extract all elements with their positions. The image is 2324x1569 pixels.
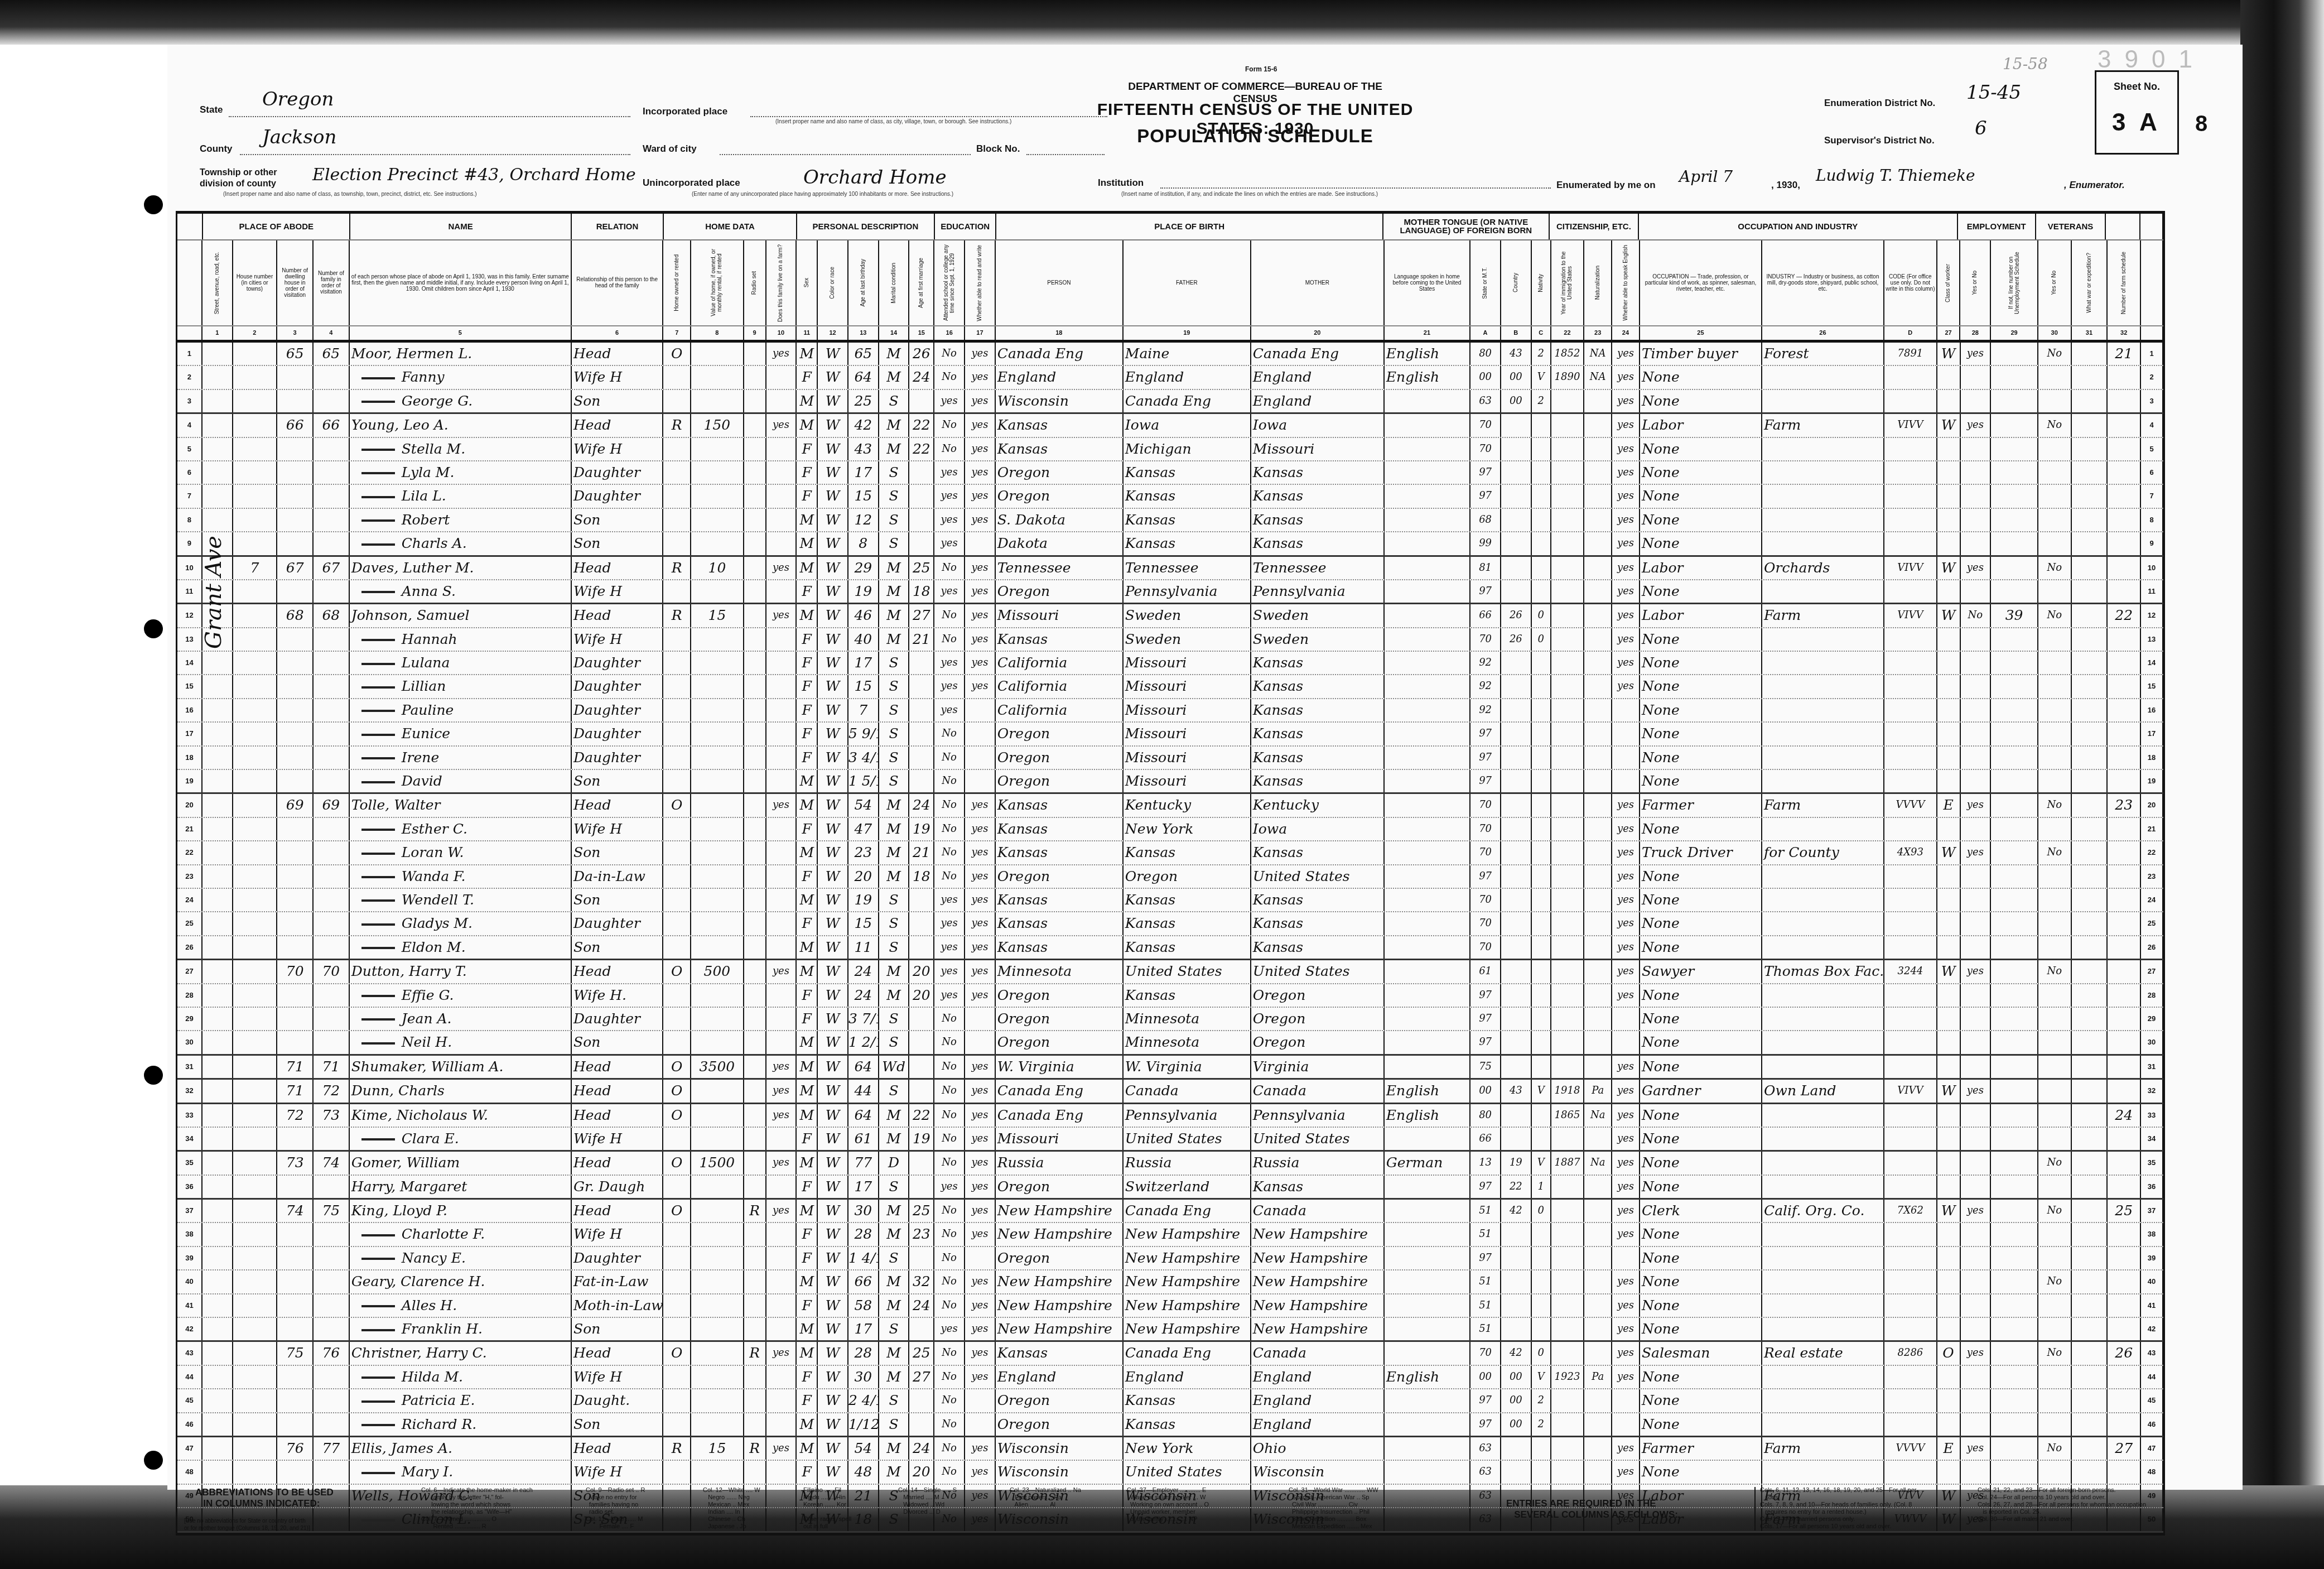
cell-naturalization — [1584, 723, 1612, 745]
cell-occupation: None — [1640, 1413, 1762, 1436]
cell-war — [2072, 485, 2108, 507]
cell-birth-father: Missouri — [1124, 652, 1251, 674]
cell-farm-sched — [2108, 485, 2141, 507]
cell-name: Wanda F. — [350, 865, 572, 888]
cell-relation: Head — [572, 1080, 663, 1102]
cell-age: 66 — [848, 1270, 879, 1293]
cell-speak-english — [1612, 1389, 1640, 1412]
cell-war — [2072, 1008, 2108, 1030]
state-label: State — [200, 104, 223, 115]
cell-war — [2072, 747, 2108, 769]
cell-employed — [1961, 1223, 1992, 1245]
cell-employed — [1961, 1152, 1992, 1174]
cell-read-write: yes — [965, 485, 996, 507]
cell-immig-year — [1551, 865, 1585, 888]
scan-border-left — [0, 0, 167, 1569]
line-number: 35 — [177, 1152, 202, 1174]
cell-age-married: 20 — [909, 1461, 934, 1483]
column-header-text: Value of home, if owned, or monthly rent… — [711, 243, 723, 323]
cell-unemp-line — [1991, 841, 2038, 864]
column-number: 30 — [2038, 326, 2072, 340]
cell-street — [202, 1270, 233, 1293]
surname: Daves — [351, 560, 394, 576]
cell-tongue — [1385, 1318, 1470, 1340]
cell-house — [233, 1200, 278, 1222]
cell-code-c — [1532, 532, 1551, 555]
cell-farm — [766, 818, 797, 840]
cell-tongue — [1385, 604, 1470, 627]
cell-tongue — [1385, 960, 1470, 983]
cell-read-write — [965, 1389, 996, 1412]
cell-family: 67 — [314, 557, 350, 579]
cell-school: No — [934, 794, 965, 816]
cell-marital: S — [879, 1318, 910, 1340]
table-row: 477677Ellis, James A.HeadR15RyesMW54M24N… — [177, 1437, 2163, 1461]
cell-tongue — [1385, 1342, 1470, 1364]
cell-occupation: None — [1640, 675, 1762, 697]
cell-code-b — [1501, 414, 1532, 436]
cell-family — [314, 1318, 350, 1340]
cell-naturalization — [1584, 818, 1612, 840]
cell-age-married — [909, 1008, 934, 1030]
cell-family: 71 — [314, 1056, 350, 1078]
cell-code — [1884, 747, 1937, 769]
cell-tongue — [1385, 699, 1470, 721]
cell-code-b — [1501, 912, 1532, 935]
cell-dwelling — [277, 1176, 314, 1198]
cell-house — [233, 865, 278, 888]
cell-house — [233, 1437, 278, 1460]
township-note: (Insert proper name and also name of cla… — [223, 191, 477, 198]
line-number: 45 — [177, 1389, 202, 1412]
cell-war — [2072, 532, 2108, 555]
cell-code-a: 92 — [1470, 652, 1501, 674]
cell-dwelling — [277, 628, 314, 651]
cell-farm-sched — [2108, 1461, 2141, 1483]
cell-tongue — [1385, 509, 1470, 531]
cell-race: W — [818, 1318, 848, 1340]
cell-war — [2072, 699, 2108, 721]
cell-war — [2072, 1128, 2108, 1150]
abbrev-col12: Col. 12—White .... W Negro ...... Neg Me… — [703, 1487, 760, 1531]
cell-street — [202, 865, 233, 888]
column-header-text: PERSON — [1047, 280, 1071, 286]
cell-code-c — [1532, 1247, 1551, 1269]
cell-tenure — [663, 438, 691, 460]
cell-unemp-line — [1991, 557, 2038, 579]
column-number: 5 — [350, 326, 572, 340]
abbrev-col23: Col. 23—Naturalized .. Na First papers .… — [1010, 1487, 1081, 1509]
cell-code-c: 0 — [1532, 1200, 1551, 1222]
cell-race: W — [818, 1056, 848, 1078]
cell-farm-sched — [2108, 889, 2141, 911]
cell-tongue — [1385, 1176, 1470, 1198]
cell-speak-english: yes — [1612, 865, 1640, 888]
column-header-farm-sched: Number of farm schedule — [2108, 240, 2141, 325]
cell-code — [1884, 1389, 1937, 1412]
column-header-text: Whether able to speak English — [1623, 245, 1629, 321]
cell-industry — [1762, 390, 1884, 412]
cell-employed — [1961, 1318, 1992, 1340]
cell-birth-mother: Pennsylvania — [1251, 1104, 1385, 1127]
cell-code-c — [1532, 936, 1551, 959]
cell-street — [202, 1437, 233, 1460]
line-number: 22 — [2141, 841, 2163, 864]
cell-street — [202, 936, 233, 959]
cell-code-a: 51 — [1470, 1318, 1501, 1340]
cell-industry — [1762, 699, 1884, 721]
street-name-vertical: Grant Ave — [201, 536, 226, 649]
column-number — [2141, 326, 2163, 340]
cell-school: No — [934, 1437, 965, 1460]
cell-code — [1884, 580, 1937, 603]
cell-street — [202, 1223, 233, 1245]
cell-naturalization — [1584, 675, 1612, 697]
cell-speak-english: yes — [1612, 1056, 1640, 1078]
cell-employed — [1961, 1031, 1992, 1053]
cell-farm — [766, 723, 797, 745]
cell-occupation: None — [1640, 1389, 1762, 1412]
group-header: CITIZENSHIP, ETC. — [1550, 214, 1639, 239]
given-name: Hannah — [402, 631, 457, 647]
column-header-code-c: Nativity — [1532, 240, 1551, 325]
group-header — [177, 214, 203, 239]
cell-code — [1884, 1223, 1937, 1245]
cell-value: 1500 — [691, 1152, 744, 1174]
cell-read-write: yes — [965, 1318, 996, 1340]
cell-house — [233, 984, 278, 1007]
cell-class-worker — [1937, 580, 1961, 603]
cell-birth-father: Tennessee — [1124, 557, 1251, 579]
cell-family: 73 — [314, 1104, 350, 1127]
cell-tongue — [1385, 889, 1470, 911]
cell-birth-person: Canada Eng — [996, 1104, 1124, 1127]
cell-value — [691, 1104, 744, 1127]
cell-relation: Son — [572, 1318, 663, 1340]
cell-birth-person: New Hampshire — [996, 1223, 1124, 1245]
cell-house — [233, 1294, 278, 1317]
cell-code-c: 2 — [1532, 390, 1551, 412]
cell-code-c — [1532, 770, 1551, 792]
cell-birth-father: Kansas — [1124, 485, 1251, 507]
cell-age: 1/12 — [848, 1413, 879, 1436]
cell-marital: M — [879, 628, 910, 651]
line-number: 46 — [2141, 1413, 2163, 1436]
given-name: Eunice — [402, 725, 450, 742]
cell-birth-mother: Kansas — [1251, 889, 1385, 911]
cell-street — [202, 1104, 233, 1127]
cell-race: W — [818, 1366, 848, 1388]
cell-house — [233, 414, 278, 436]
line-number: 36 — [2141, 1176, 2163, 1198]
column-header-value: Value of home, if owned, or monthly rent… — [691, 240, 744, 325]
cell-immig-year — [1551, 699, 1585, 721]
cell-tenure — [663, 652, 691, 674]
cell-class-worker — [1937, 936, 1961, 959]
cell-sex: F — [797, 818, 818, 840]
cell-industry — [1762, 366, 1884, 388]
cell-marital: S — [879, 912, 910, 935]
cell-value — [691, 936, 744, 959]
column-header-relation: Relationship of this person to the head … — [572, 240, 663, 325]
cell-value — [691, 747, 744, 769]
cell-speak-english — [1612, 723, 1640, 745]
cell-dwelling: 72 — [277, 1104, 314, 1127]
cell-immig-year — [1551, 604, 1585, 627]
cell-birth-person: New Hampshire — [996, 1318, 1124, 1340]
column-header-text: Year of immigration to the United States — [1561, 243, 1573, 323]
cell-family: 72 — [314, 1080, 350, 1102]
cell-veteran — [2038, 675, 2072, 697]
cell-naturalization — [1584, 984, 1612, 1007]
cell-class-worker — [1937, 532, 1961, 555]
cell-class-worker: W — [1937, 960, 1961, 983]
cell-age: 28 — [848, 1342, 879, 1364]
cell-tenure: R — [663, 414, 691, 436]
cell-marital: M — [879, 1342, 910, 1364]
cell-occupation: Farmer — [1640, 1437, 1762, 1460]
cell-birth-person: Oregon — [996, 1176, 1124, 1198]
cell-birth-father: United States — [1124, 1461, 1251, 1483]
cell-speak-english: yes — [1612, 889, 1640, 911]
cell-radio — [744, 1270, 766, 1293]
line-number: 10 — [177, 557, 202, 579]
cell-radio — [744, 461, 766, 484]
column-number: 16 — [934, 326, 965, 340]
cell-birth-person: California — [996, 675, 1124, 697]
cell-age: 5 9/12 — [848, 723, 879, 745]
cell-farm-sched — [2108, 912, 2141, 935]
cell-value — [691, 984, 744, 1007]
cell-tenure — [663, 485, 691, 507]
cell-birth-person: Oregon — [996, 1031, 1124, 1053]
cell-race: W — [818, 485, 848, 507]
cell-radio — [744, 1223, 766, 1245]
cell-farm — [766, 1247, 797, 1269]
cell-read-write: yes — [965, 960, 996, 983]
cell-age-married — [909, 1413, 934, 1436]
cell-dwelling: 69 — [277, 794, 314, 816]
cell-farm-sched — [2108, 1366, 2141, 1388]
cell-naturalization — [1584, 936, 1612, 959]
cell-sex: F — [797, 723, 818, 745]
cell-occupation: None — [1640, 1152, 1762, 1174]
cell-immig-year — [1551, 1031, 1585, 1053]
cell-race: W — [818, 509, 848, 531]
cell-dwelling: 71 — [277, 1056, 314, 1078]
cell-read-write: yes — [965, 509, 996, 531]
cell-birth-person: Oregon — [996, 865, 1124, 888]
cell-house — [233, 1176, 278, 1198]
given-name: Charls A. — [402, 535, 467, 551]
table-row: 26Eldon M.SonMW11SyesyesKansasKansasKans… — [177, 936, 2163, 960]
cell-immig-year — [1551, 461, 1585, 484]
surname: Young — [351, 417, 395, 433]
cell-code-b — [1501, 438, 1532, 460]
cell-code-a: 97 — [1470, 1031, 1501, 1053]
ditto-dash — [361, 543, 395, 546]
column-number: 9 — [744, 326, 766, 340]
cell-code-a: 97 — [1470, 1389, 1501, 1412]
cell-race: W — [818, 984, 848, 1007]
cell-naturalization: Pa — [1584, 1080, 1612, 1102]
cell-farm-sched — [2108, 1413, 2141, 1436]
cell-house — [233, 1389, 278, 1412]
column-number: 19 — [1124, 326, 1251, 340]
cell-birth-mother: England — [1251, 1389, 1385, 1412]
column-header-text: Country — [1513, 273, 1519, 292]
cell-marital: M — [879, 580, 910, 603]
cell-occupation: None — [1640, 1223, 1762, 1245]
cell-unemp-line — [1991, 1008, 2038, 1030]
cell-house — [233, 1342, 278, 1364]
cell-speak-english: yes — [1612, 390, 1640, 412]
cell-code-b — [1501, 1056, 1532, 1078]
cell-employed: yes — [1961, 841, 1992, 864]
cell-occupation: Farmer — [1640, 794, 1762, 816]
cell-age: 46 — [848, 604, 879, 627]
given-name: Gladys M. — [402, 915, 472, 931]
cell-immig-year — [1551, 628, 1585, 651]
cell-war — [2072, 936, 2108, 959]
cell-unemp-line — [1991, 1461, 2038, 1483]
cell-unemp-line — [1991, 438, 2038, 460]
line-number: 3 — [177, 390, 202, 412]
line-number: 34 — [177, 1128, 202, 1150]
cell-immig-year — [1551, 652, 1585, 674]
cell-marital: S — [879, 1080, 910, 1102]
cell-naturalization — [1584, 1318, 1612, 1340]
line-number: 29 — [177, 1008, 202, 1030]
cell-value — [691, 912, 744, 935]
cell-school: No — [934, 1200, 965, 1222]
cell-marital: S — [879, 699, 910, 721]
cell-read-write — [965, 532, 996, 555]
cell-read-write: yes — [965, 1270, 996, 1293]
cell-school: No — [934, 1461, 965, 1483]
cell-unemp-line — [1991, 1366, 2038, 1388]
cell-marital: M — [879, 1461, 910, 1483]
cell-name: Alles H. — [350, 1294, 572, 1317]
cell-birth-person: Wisconsin — [996, 1461, 1124, 1483]
cell-marital: M — [879, 1200, 910, 1222]
table-row: 327172Dunn, CharlsHeadOyesMW44SNoyesCana… — [177, 1080, 2163, 1104]
cell-unemp-line — [1991, 628, 2038, 651]
cell-dwelling — [277, 1270, 314, 1293]
cell-read-write: yes — [965, 1366, 996, 1388]
cell-veteran — [2038, 984, 2072, 1007]
cell-veteran — [2038, 366, 2072, 388]
cell-read-write — [965, 699, 996, 721]
cell-dwelling — [277, 1413, 314, 1436]
cell-marital: S — [879, 889, 910, 911]
table-row: 16PaulineDaughterFW7SyesCaliforniaMissou… — [177, 699, 2163, 723]
cell-family — [314, 818, 350, 840]
line-number: 26 — [177, 936, 202, 959]
cell-birth-mother: New Hampshire — [1251, 1294, 1385, 1317]
cell-speak-english — [1612, 699, 1640, 721]
cell-unemp-line — [1991, 461, 2038, 484]
column-header-school: Attended school or college any time sinc… — [934, 240, 965, 325]
cell-sex: M — [797, 770, 818, 792]
cell-age: 3 7/12 — [848, 1008, 879, 1030]
cell-birth-mother: Kansas — [1251, 770, 1385, 792]
cell-read-write: yes — [965, 794, 996, 816]
cell-street — [202, 1294, 233, 1317]
cell-industry — [1762, 652, 1884, 674]
cell-tongue — [1385, 532, 1470, 555]
cell-race: W — [818, 1294, 848, 1317]
cell-immig-year — [1551, 1200, 1585, 1222]
cell-tenure — [663, 841, 691, 864]
column-header-text: Does this family live on a farm? — [778, 244, 784, 322]
table-row: 7Lila L.DaughterFW15SyesyesOregonKansasK… — [177, 485, 2163, 508]
cell-age: 24 — [848, 984, 879, 1007]
cell-age-married — [909, 1080, 934, 1102]
cell-age-married — [909, 1031, 934, 1053]
cell-immig-year — [1551, 1223, 1585, 1245]
enumerated-year: , 1930, — [1771, 180, 1800, 191]
cell-sex: M — [797, 1056, 818, 1078]
column-number: A — [1470, 326, 1501, 340]
cell-street — [202, 699, 233, 721]
line-number: 33 — [177, 1104, 202, 1127]
cell-tongue — [1385, 1031, 1470, 1053]
cell-school: No — [934, 438, 965, 460]
cell-veteran — [2038, 652, 2072, 674]
cell-code-a: 13 — [1470, 1152, 1501, 1174]
table-row: 14LulanaDaughterFW17SyesyesCaliforniaMis… — [177, 652, 2163, 675]
cell-unemp-line — [1991, 889, 2038, 911]
cell-race: W — [818, 366, 848, 388]
column-header-tongue: Language spoken in home before coming to… — [1385, 240, 1470, 325]
cell-employed — [1961, 912, 1992, 935]
cell-code-b — [1501, 1104, 1532, 1127]
ditto-dash — [361, 591, 395, 593]
cell-race: W — [818, 723, 848, 745]
cell-farm — [766, 366, 797, 388]
cell-veteran — [2038, 1056, 2072, 1078]
cell-relation: Wife H — [572, 1461, 663, 1483]
cell-industry — [1762, 438, 1884, 460]
line-number: 40 — [2141, 1270, 2163, 1293]
cell-birth-father: New Hampshire — [1124, 1318, 1251, 1340]
cell-family — [314, 438, 350, 460]
table-row: 3George G.SonMW25SyesyesWisconsinCanada … — [177, 390, 2163, 414]
entries-rules-1: Cols. 6, 11, 12, 13, 14, 16, 18, 19, 20,… — [1754, 1487, 1918, 1531]
table-row: 38Charlotte F.Wife HFW28M23NoyesNew Hamp… — [177, 1223, 2163, 1246]
cell-industry — [1762, 1461, 1884, 1483]
cell-veteran — [2038, 1318, 2072, 1340]
cell-sex: F — [797, 628, 818, 651]
cell-industry — [1762, 889, 1884, 911]
cell-dwelling — [277, 1366, 314, 1388]
unincorporated-place-value: Orchard Home — [803, 166, 947, 189]
cell-tenure — [663, 865, 691, 888]
cell-farm-sched — [2108, 1389, 2141, 1412]
cell-code-c — [1532, 960, 1551, 983]
ditto-dash — [361, 876, 395, 878]
cell-code-b — [1501, 770, 1532, 792]
cell-class-worker — [1937, 1176, 1961, 1198]
cell-street — [202, 747, 233, 769]
cell-war — [2072, 889, 2108, 911]
column-header-text: Home owned or rented — [674, 254, 680, 311]
cell-family — [314, 1413, 350, 1436]
cell-street — [202, 390, 233, 412]
cell-street — [202, 1200, 233, 1222]
cell-dwelling: 66 — [277, 414, 314, 436]
